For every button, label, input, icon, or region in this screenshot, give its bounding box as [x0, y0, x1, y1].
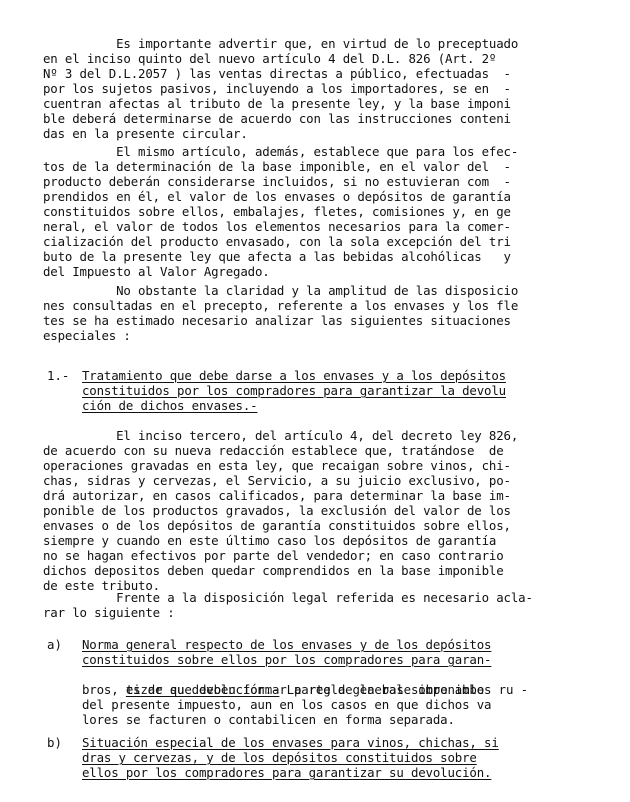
text-line: drá autorizar, en casos calificados, par… — [43, 488, 511, 503]
text-line: buto de la presente ley que afecta a las… — [43, 249, 511, 264]
text-line: envases o de los depósitos de garantía c… — [43, 518, 511, 533]
item-label: b) — [47, 735, 62, 750]
text-line: siempre y cuando en este último caso los… — [43, 533, 496, 548]
text-line: cialización del producto envasado, con l… — [43, 234, 511, 249]
text-line: operaciones gravadas en esta ley, que re… — [43, 458, 511, 473]
item-heading-line: dras y cervezas, y de los depósitos cons… — [82, 750, 477, 765]
text-line: Es importante advertir que, en virtud de… — [43, 36, 518, 51]
text-line: neral, el valor de todos los elementos n… — [43, 219, 511, 234]
text-line: por los sujetos pasivos, incluyendo a lo… — [43, 81, 511, 96]
text-line: tos de la determinación de la base impon… — [43, 159, 511, 174]
text-line: no se hagan efectivos por parte del vend… — [43, 548, 504, 563]
text-line: rar lo siguiente : — [43, 605, 175, 620]
text-line: de acuerdo con su nueva redacción establ… — [43, 443, 504, 458]
text-line: prendidos en él, el valor de los envases… — [43, 189, 511, 204]
section-number: 1.- — [47, 368, 69, 383]
section-heading-line: Tratamiento que debe darse a los envases… — [82, 368, 506, 383]
text-line: ponible de los productos gravados, la ex… — [43, 503, 511, 518]
text-line: cuentran afectas al tributo de la presen… — [43, 96, 511, 111]
text-line: del Impuesto al Valor Agregado. — [43, 264, 270, 279]
text-line: ble deberá determinarse de acuerdo con l… — [43, 111, 511, 126]
item-label: a) — [47, 637, 62, 652]
text-line: Nº 3 del D.L.2057 ) las ventas directas … — [43, 66, 511, 81]
text-line: El mismo artículo, además, establece que… — [43, 144, 518, 159]
text-line: chas, sidras y cervezas, el Servicio, a … — [43, 473, 511, 488]
text-line: bros, es de que deben formar parte de la… — [82, 682, 484, 697]
text-line: nes consultadas en el precepto, referent… — [43, 298, 518, 313]
section-heading-line: constituidos por los compradores para ga… — [82, 383, 506, 398]
text-line: tes se ha estimado necesario analizar la… — [43, 313, 511, 328]
text-line: No obstante la claridad y la amplitud de… — [43, 283, 518, 298]
text-line: das en la presente circular. — [43, 126, 248, 141]
text-line: especiales : — [43, 328, 131, 343]
document-page: Es importante advertir que, en virtud de… — [0, 0, 630, 802]
text-line: dichos depositos deben quedar comprendid… — [43, 563, 504, 578]
item-heading-line: constituidos sobre ellos por los comprad… — [82, 652, 491, 667]
text-line: constituidos sobre ellos, embalajes, fle… — [43, 204, 511, 219]
text-line: producto deberán considerarse incluidos,… — [43, 174, 511, 189]
item-heading-line: Situación especial de los envases para v… — [82, 735, 499, 750]
text-line: El inciso tercero, del artículo 4, del d… — [43, 428, 518, 443]
text-line: del presente impuesto, aun en los casos … — [82, 697, 491, 712]
text-line: Frente a la disposición legal referida e… — [43, 590, 533, 605]
text-line: lores se facturen o contabilicen en form… — [82, 712, 455, 727]
item-heading-line: Norma general respecto de los envases y … — [82, 637, 491, 652]
text-line: en el inciso quinto del nuevo artículo 4… — [43, 51, 496, 66]
item-heading-line: ellos por los compradores para garantiza… — [82, 765, 491, 780]
section-heading-line: ción de dichos envases.- — [82, 398, 257, 413]
